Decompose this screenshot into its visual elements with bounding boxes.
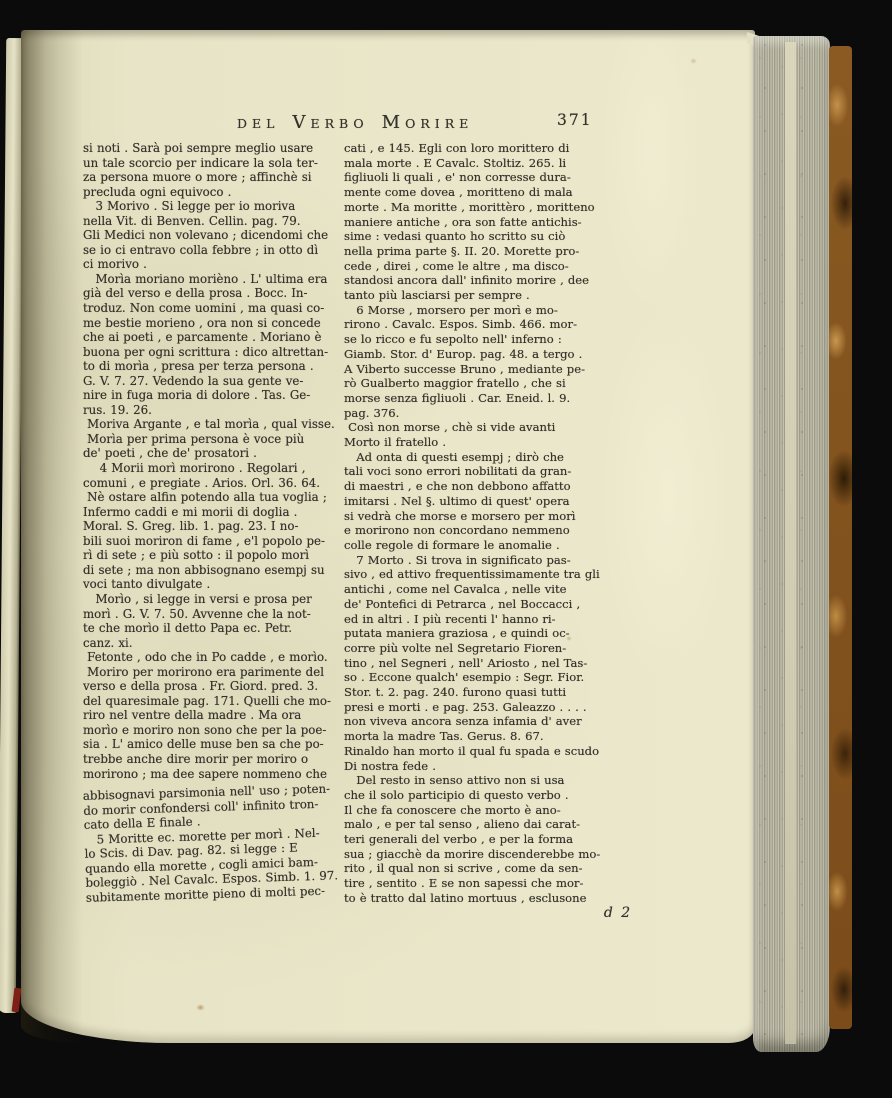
cover-marbled-edge	[829, 46, 852, 1029]
text-line: del quaresimale pag. 171. Quelli che mo-	[83, 694, 347, 709]
text-line: riro nel ventre della madre . Ma ora	[83, 708, 347, 723]
text-line: morte . Ma moritte , morittèro , moritte…	[344, 200, 602, 215]
scan-background: { "header": { "title_words": ["DEL", "VE…	[0, 0, 892, 1098]
text-line: sime : vedasi quanto ho scritto su ciò	[344, 229, 602, 244]
text-line: sia . L' amico delle muse ben sa che po-	[83, 737, 347, 752]
text-line: morta la madre Tas. Gerus. 8. 67.	[344, 729, 602, 744]
text-line: di sete ; ma non abbisognano esempj su	[83, 563, 347, 578]
title-word-morire: MORIRE	[382, 112, 474, 133]
text-line: che il solo participio di questo verbo .	[344, 788, 602, 803]
printer-signature: d 2	[596, 905, 640, 921]
text-line: Fetonte , odo che in Po cadde , e morìo.	[83, 650, 347, 665]
text-line: si vedrà che morse e morsero per morì	[344, 509, 602, 524]
text-line: morì . G. V. 7. 50. Avvenne che la not-	[83, 607, 347, 622]
text-line: Infermo caddi e mi morii di doglia .	[83, 505, 347, 520]
text-line: mala morte . E Cavalc. Stoltiz. 265. li	[344, 156, 602, 171]
text-line: Giamb. Stor. d' Europ. pag. 48. a tergo …	[344, 347, 602, 362]
text-line: rò Gualberto maggior fratello , che si	[344, 376, 602, 391]
right-column-lines: cati , e 145. Egli con loro morittero di…	[344, 141, 602, 906]
text-line: rus. 19. 26.	[83, 403, 347, 418]
text-line: putata maniera graziosa , e quindi oc-	[344, 626, 602, 641]
text-line: nella Vit. di Benven. Cellin. pag. 79.	[83, 214, 347, 229]
text-line: si noti . Sarà poi sempre meglio usare	[83, 141, 347, 156]
text-line: non viveva ancora senza infamia d' aver	[344, 714, 602, 729]
text-line: bili suoi moriron di fame , e'l popolo p…	[83, 534, 347, 549]
text-line: corre più volte nel Segretario Fioren-	[344, 641, 602, 656]
text-line: se io ci entravo colla febbre ; in otto …	[83, 243, 347, 258]
text-line: 6 Morse , morsero per morì e mo-	[344, 303, 602, 318]
text-line: tali voci sono errori nobilitati da gran…	[344, 464, 602, 479]
text-line: morse senza figliuoli . Car. Eneid. l. 9…	[344, 391, 602, 406]
text-line: Stor. t. 2. pag. 240. furono quasi tutti	[344, 685, 602, 700]
text-line: so . Eccone qualch' esempio : Segr. Fior…	[344, 670, 602, 685]
text-line: de' Pontefici di Petrarca , nel Boccacci…	[344, 597, 602, 612]
text-line: Del resto in senso attivo non si usa	[344, 773, 602, 788]
text-line: rirono . Cavalc. Espos. Simb. 466. mor-	[344, 317, 602, 332]
text-line: canz. xi.	[83, 636, 347, 651]
text-line: sivo , ed attivo frequentissimamente tra…	[344, 567, 602, 582]
text-line: A Viberto successe Bruno , mediante pe-	[344, 362, 602, 377]
text-line: za persona muore o more ; affinchè si	[83, 170, 347, 185]
text-line: figliuoli li quali , e' non corresse dur…	[344, 170, 602, 185]
text-line: Rinaldo han morto il qual fu spada e scu…	[344, 744, 602, 759]
text-line: rito , il qual non si scrive , come da s…	[344, 861, 602, 876]
text-line: Morto il fratello .	[344, 435, 602, 450]
text-line: troduz. Non come uomini , ma quasi co-	[83, 301, 347, 316]
text-line: 4 Morii morì morirono . Regolari ,	[83, 461, 347, 476]
text-line: teri generali del verbo , e per la forma	[344, 832, 602, 847]
text-line: se lo ricco e fu sepolto nell' inferno :	[344, 332, 602, 347]
text-line: tanto più lasciarsi per sempre .	[344, 288, 602, 303]
text-line: che ai poeti , e parcamente . Moriano è	[83, 330, 347, 345]
text-line: te che morìo il detto Papa ec. Petr.	[83, 621, 347, 636]
foxing-spot	[196, 1004, 205, 1011]
fore-edge-pages	[753, 36, 830, 1052]
text-line: verso e della prosa . Fr. Giord. pred. 3…	[83, 679, 347, 694]
text-line: tino , nel Segneri , nell' Ariosto , nel…	[344, 656, 602, 671]
text-line: Di nostra fede .	[344, 759, 602, 774]
left-column-lines-tilted: abbisognavi parsimonia nell' uso ; poten…	[83, 781, 350, 905]
bookmark-ribbon	[12, 988, 22, 1013]
text-line: Moriro per morirono era parimente del	[83, 665, 347, 680]
text-line: to è tratto dal latino mortuus , escluso…	[344, 891, 602, 906]
text-line: Morìo , si legge in versi e prosa per	[83, 592, 347, 607]
text-line: imitarsi . Nel §. ultimo di quest' opera	[344, 494, 602, 509]
text-line: già del verso e della prosa . Bocc. In-	[83, 286, 347, 301]
text-line: Il che fa conoscere che morto è ano-	[344, 803, 602, 818]
text-line: di maestri , e che non debbono affatto	[344, 479, 602, 494]
text-line: buona per ogni scrittura : dico altretta…	[83, 345, 347, 360]
text-column-left: si noti . Sarà poi sempre meglio usareun…	[83, 141, 347, 897]
text-line: morìo e moriro non sono che per la poe-	[83, 723, 347, 738]
text-line: ed in altri . I più recenti l' hanno ri-	[344, 612, 602, 627]
text-line: pag. 376.	[344, 406, 602, 421]
title-word-del: DEL	[237, 116, 279, 131]
text-line: nella prima parte §. II. 20. Morette pro…	[344, 244, 602, 259]
text-line: 3 Morivo . Si legge per io moriva	[83, 199, 347, 214]
book-photo: DEL VERBO MORIRE 371 si noti . Sarà poi …	[0, 0, 892, 1098]
text-line: 7 Morto . Si trova in significato pas-	[344, 553, 602, 568]
text-line: Moriva Argante , e tal morìa , qual viss…	[83, 417, 347, 432]
text-line: mente come dovea , moritteno di mala	[344, 185, 602, 200]
text-line: Gli Medici non volevano ; dicendomi che	[83, 228, 347, 243]
text-line: me bestie morieno , ora non si concede	[83, 316, 347, 331]
text-line: trebbe anche dire morir per moriro o	[83, 752, 347, 767]
foxing-spot	[690, 58, 697, 64]
text-line: Nè ostare alfin potendo alla tua voglia …	[83, 490, 347, 505]
text-line: antichi , come nel Cavalca , nelle vite	[344, 582, 602, 597]
gutter-shadow	[21, 30, 83, 1043]
page-number: 371	[557, 111, 593, 129]
text-line: voci tanto divulgate .	[83, 577, 347, 592]
text-line: maniere antiche , ora son fatte antichis…	[344, 215, 602, 230]
text-line: precluda ogni equivoco .	[83, 185, 347, 200]
left-column-lines: si noti . Sarà poi sempre meglio usareun…	[83, 141, 347, 781]
text-line: un tale scorcio per indicare la sola ter…	[83, 156, 347, 171]
text-line: Così non morse , chè si vide avanti	[344, 420, 602, 435]
text-line: ci morivo .	[83, 257, 347, 272]
text-line: colle regole di formare le anomalie .	[344, 538, 602, 553]
text-line: tire , sentito . E se non sapessi che mo…	[344, 876, 602, 891]
text-line: Morìa moriano morièno . L' ultima era	[83, 272, 347, 287]
text-line: cede , direi , come le altre , ma disco-	[344, 259, 602, 274]
text-line: e morirono non concordano nemmeno	[344, 523, 602, 538]
text-line: cati , e 145. Egli con loro morittero di	[344, 141, 602, 156]
title-word-verbo: VERBO	[292, 112, 368, 133]
text-line: G. V. 7. 27. Vedendo la sua gente ve-	[83, 374, 347, 389]
text-line: rì di sete ; e più sotto : il popolo mor…	[83, 548, 347, 563]
text-line: morirono ; ma dee sapere nommeno che	[83, 767, 347, 782]
text-line: presi e morti . e pag. 253. Galeazzo . .…	[344, 700, 602, 715]
text-line: nire in fuga moria di dolore . Tas. Ge-	[83, 388, 347, 403]
text-line: to di morìa , presa per terza persona .	[83, 359, 347, 374]
text-column-right: cati , e 145. Egli con loro morittero di…	[344, 141, 602, 906]
text-line: de' poeti , che de' prosatori .	[83, 446, 347, 461]
text-line: Morìa per prima persona è voce più	[83, 432, 347, 447]
running-title: DEL VERBO MORIRE	[237, 112, 473, 133]
text-line: standosi ancora dall' infinito morire , …	[344, 273, 602, 288]
text-line: sua ; giacchè da morire discenderebbe mo…	[344, 847, 602, 862]
text-line: comuni , e pregiate . Arios. Orl. 36. 64…	[83, 476, 347, 491]
text-line: malo , e per tal senso , alieno dai cara…	[344, 817, 602, 832]
text-line: Ad onta di questi esempj ; dirò che	[344, 450, 602, 465]
text-line: Moral. S. Greg. lib. 1. pag. 23. I no-	[83, 519, 347, 534]
